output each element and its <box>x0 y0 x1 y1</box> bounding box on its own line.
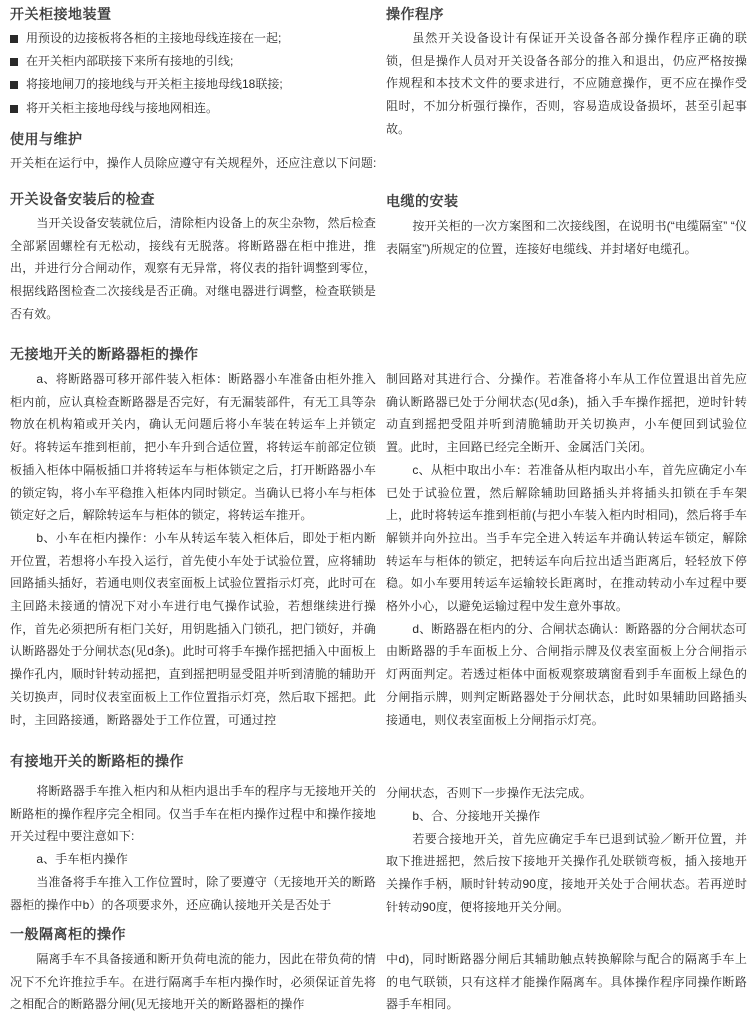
item-b-body: 若要合接地开关，首先应确定手车已退到试验／断开位置，并取下推进摇把，然后按下接地… <box>386 828 747 919</box>
bullet-item: 将接地闸刀的接地线与开关柜主接地母线18联接; <box>10 73 376 96</box>
ground-switch-operation: b、合、分接地开关操作 若要合接地开关，首先应确定手车已退到试验／断开位置，并取… <box>386 805 747 919</box>
square-bullet-icon <box>10 58 18 66</box>
no-ground-ops-continuation: 制回路对其进行合、分操作。若准备将小车从工作位置退出首先应确认断路器已处于分闸状… <box>386 368 747 731</box>
cable-heading: 电缆的安装 <box>386 193 747 210</box>
no-ground-ops-heading: 无接地开关的断路器柜的操作 <box>10 346 376 363</box>
with-ground-ops-body: 将断路器手车推入柜内和从柜内退出手车的程序与无接地开关的断路柜的操作程序完全相同… <box>10 780 376 916</box>
bullet-item: 在开关柜内部联接下来所有接地的引线; <box>10 50 376 73</box>
cable-body: 按开关柜的一次方案图和二次接线图，在说明书(“电缆隔室” “仪表隔室”)所规定的… <box>386 215 747 260</box>
no-ground-ops-body: a、将断路器可移开部件装入柜体：断路器小车准备由柜外推入柜内前，应认真检查断路器… <box>10 368 376 731</box>
ground-switch-cont-line: 分闸状态，否则下一步操作无法完成。 <box>386 782 747 805</box>
item-a-body: 当准备将手车推入工作位置时，除了要遵守（无接地开关的断路器柜的操作中b）的各项要… <box>10 871 376 916</box>
item-a-title: a、手车柜内操作 <box>10 848 376 871</box>
usage-heading: 使用与维护 <box>10 131 376 148</box>
square-bullet-icon <box>10 35 18 43</box>
usage-intro: 开关柜在运行中，操作人员除应遵守有关规程外，还应注意以下问题: <box>10 152 376 175</box>
bullet-item: 用预设的边接板将各柜的主接地母线连接在一起; <box>10 27 376 50</box>
isolation-heading: 一般隔离柜的操作 <box>10 926 376 943</box>
procedure-heading: 操作程序 <box>386 6 747 23</box>
bullet-text: 在开关柜内部联接下来所有接地的引线; <box>26 50 233 73</box>
manual-page: 开关柜接地装置 用预设的边接板将各柜的主接地母线连接在一起; 在开关柜内部联接下… <box>0 0 750 1023</box>
bullet-text: 将开关柜主接地母线与接地网相连。 <box>26 97 218 120</box>
square-bullet-icon <box>10 105 18 113</box>
right-column: 操作程序 虽然开关设备设计有保证开关设备各部分操作程序正确的联锁，但是操作人员对… <box>386 0 747 1023</box>
bullet-text: 用预设的边接板将各柜的主接地母线连接在一起; <box>26 27 281 50</box>
continuation-para: 制回路对其进行合、分操作。若准备将小车从工作位置退出首先应确认断路器已处于分闸状… <box>386 368 747 459</box>
with-ground-ops-heading: 有接地开关的断路柜的操作 <box>10 753 376 770</box>
left-column: 开关柜接地装置 用预设的边接板将各柜的主接地母线连接在一起; 在开关柜内部联接下… <box>10 0 376 1023</box>
grounding-bullet-list: 用预设的边接板将各柜的主接地母线连接在一起; 在开关柜内部联接下来所有接地的引线… <box>10 27 376 120</box>
inspection-body: 当开关设备安装就位后，清除柜内设备上的灰尘杂物，然后检查全部紧固螺栓有无松动，接… <box>10 212 376 326</box>
para-b: b、小车在柜内操作：小车从转运车装入柜体后，即处于柜内断开位置，若想将小车投入运… <box>10 527 376 731</box>
procedure-body: 虽然开关设备设计有保证开关设备各部分操作程序正确的联锁，但是操作人员对开关设备各… <box>386 27 747 141</box>
isolation-body: 隔离手车不具备接通和断开负荷电流的能力，因此在带负荷的情况下不允许推拉手车。在进… <box>10 948 376 1016</box>
with-ground-intro: 将断路器手车推入柜内和从柜内退出手车的程序与无接地开关的断路柜的操作程序完全相同… <box>10 780 376 848</box>
isolation-continuation: 中d)，同时断路器分闸后其辅助触点转换解除与配合的隔离手车上的电气联锁，只有这样… <box>386 948 747 1016</box>
item-b-title: b、合、分接地开关操作 <box>386 805 747 828</box>
para-c: c、从柜中取出小车：若准备从柜内取出小车，首先应确定小车已处于试验位置，然后解除… <box>386 459 747 618</box>
para-a: a、将断路器可移开部件装入柜体：断路器小车准备由柜外推入柜内前，应认真检查断路器… <box>10 368 376 527</box>
para-d: d、断路器在柜内的分、合闸状态确认：断路器的分合闸状态可由断路器的手车面板上分、… <box>386 618 747 732</box>
inspection-heading: 开关设备安装后的检查 <box>10 191 376 208</box>
square-bullet-icon <box>10 81 18 89</box>
grounding-heading: 开关柜接地装置 <box>10 6 376 23</box>
bullet-item: 将开关柜主接地母线与接地网相连。 <box>10 97 376 120</box>
bullet-text: 将接地闸刀的接地线与开关柜主接地母线18联接; <box>26 73 283 96</box>
